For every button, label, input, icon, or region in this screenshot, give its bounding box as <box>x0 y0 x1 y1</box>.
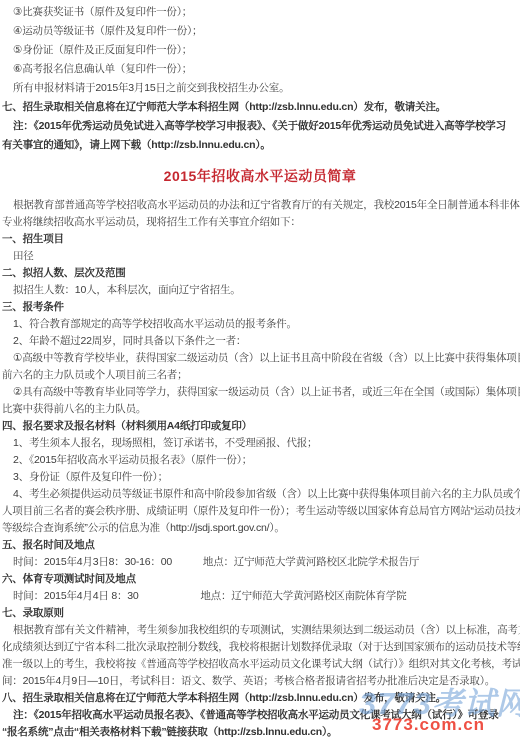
doc-line-section-5: 五、报名时间及地点 <box>0 537 520 554</box>
doc-line: ④运动员等级证书（原件及复印件一份）； <box>0 22 520 41</box>
doc-line: 1、考生须本人报名，现场照相，签订承诺书，不受理函报、代报； <box>0 435 520 452</box>
doc-line: 田径 <box>0 248 520 265</box>
doc-line-section-3: 三、报考条件 <box>0 299 520 316</box>
doc-line: 人项目前三名者的赛会秩序册、成绩证明（原件及复印件一份）；考生运动等级以国家体育… <box>0 503 520 520</box>
doc-line: 准一级以上的考生，我校将按《普通高等学校招收高水平运动员文化课考试大纲（试行）》… <box>0 656 520 673</box>
doc-line: 等级综合查询系统”公示的信息为准（http://jsdj.sport.gov.c… <box>0 520 520 537</box>
doc-line: 2、《2015年招收高水平运动员报名表》（原件一份）； <box>0 452 520 469</box>
doc-line: 根据教育部普通高等学校招收高水平运动员的办法和辽宁省教育厅的有关规定，我校201… <box>0 197 520 214</box>
doc-line: 前六名的主力队员或个人项目前三名者； <box>0 367 520 384</box>
watermark-site-url: 3773.com.cn <box>372 715 485 735</box>
doc-line: 根据教育部有关文件精神，考生须参加我校组织的专项测试，实测结果须达到二级运动员（… <box>0 622 520 639</box>
doc-line: 3、身份证（原件及复印件一份）； <box>0 469 520 486</box>
doc-line-section-6: 六、体育专项测试时间及地点 <box>0 571 520 588</box>
doc-line: 2、年龄不超过22周岁，同时具备以下条件之一者： <box>0 333 520 350</box>
page-title: 2015年招收高水平运动员简章 <box>0 155 520 197</box>
doc-line: 注：《2015年优秀运动员免试进入高等学校学习申报表》、《关于做好2015年优秀… <box>0 117 520 136</box>
pre-title-section: ③比赛获奖证书（原件及复印件一份）； ④运动员等级证书（原件及复印件一份）； ⑤… <box>0 0 520 155</box>
doc-line: 专业将继续招收高水平运动员，现将招生工作有关事宜介绍如下： <box>0 214 520 231</box>
doc-line-section-4: 四、报名要求及报名材料（材料须用A4纸打印或复印） <box>0 418 520 435</box>
body-section: 根据教育部普通高等学校招收高水平运动员的办法和辽宁省教育厅的有关规定，我校201… <box>0 197 520 741</box>
doc-line: 时间：2015年4月3日8：30-16：00 地点：辽宁师范大学黄河路校区北院学… <box>0 554 520 571</box>
doc-line-section-1: 一、招生项目 <box>0 231 520 248</box>
doc-line-section-2: 二、拟招人数、层次及范围 <box>0 265 520 282</box>
doc-line: ⑤身份证（原件及正反面复印件一份）； <box>0 41 520 60</box>
doc-line-section-7b: 七、录取原则 <box>0 605 520 622</box>
doc-line: 拟招生人数：10人，本科层次，面向辽宁省招生。 <box>0 282 520 299</box>
document-page: ③比赛获奖证书（原件及复印件一份）； ④运动员等级证书（原件及复印件一份）； ⑤… <box>0 0 520 749</box>
doc-line: 1、符合教育部规定的高等学校招收高水平运动员的报考条件。 <box>0 316 520 333</box>
doc-line: 化成绩须达到辽宁省本科二批次录取控制分数线，我校将根据计划数择优录取（对于达到国… <box>0 639 520 656</box>
doc-line: 4、考生必须提供运动员等级证书原件和高中阶段参加省级（含）以上比赛中获得集体项目… <box>0 486 520 503</box>
doc-line: ⑥高考报名信息确认单（复印件一份）； <box>0 60 520 79</box>
doc-line: 比赛中获得前八名的主力队员。 <box>0 401 520 418</box>
doc-line: 时间：2015年4月4日 8：30 地点：辽宁师范大学黄河路校区南院体育学院 <box>0 588 520 605</box>
doc-line-section-7: 七、招生录取相关信息将在辽宁师范大学本科招生网（http://zsb.lnnu.… <box>0 98 520 117</box>
doc-line: ②具有高级中等教育毕业同等学力，获得国家一级运动员（含）以上证书者，或近三年在全… <box>0 384 520 401</box>
doc-line: 有关事宜的通知》，请上网下载（http://zsb.lnnu.edu.cn）。 <box>0 136 520 155</box>
doc-line: 所有申报材料请于2015年3月15日之前交到我校招生办公室。 <box>0 79 520 98</box>
doc-line: ①高级中等教育学校毕业，获得国家二级运动员（含）以上证书且高中阶段在省级（含）以… <box>0 350 520 367</box>
doc-line: ③比赛获奖证书（原件及复印件一份）； <box>0 3 520 22</box>
